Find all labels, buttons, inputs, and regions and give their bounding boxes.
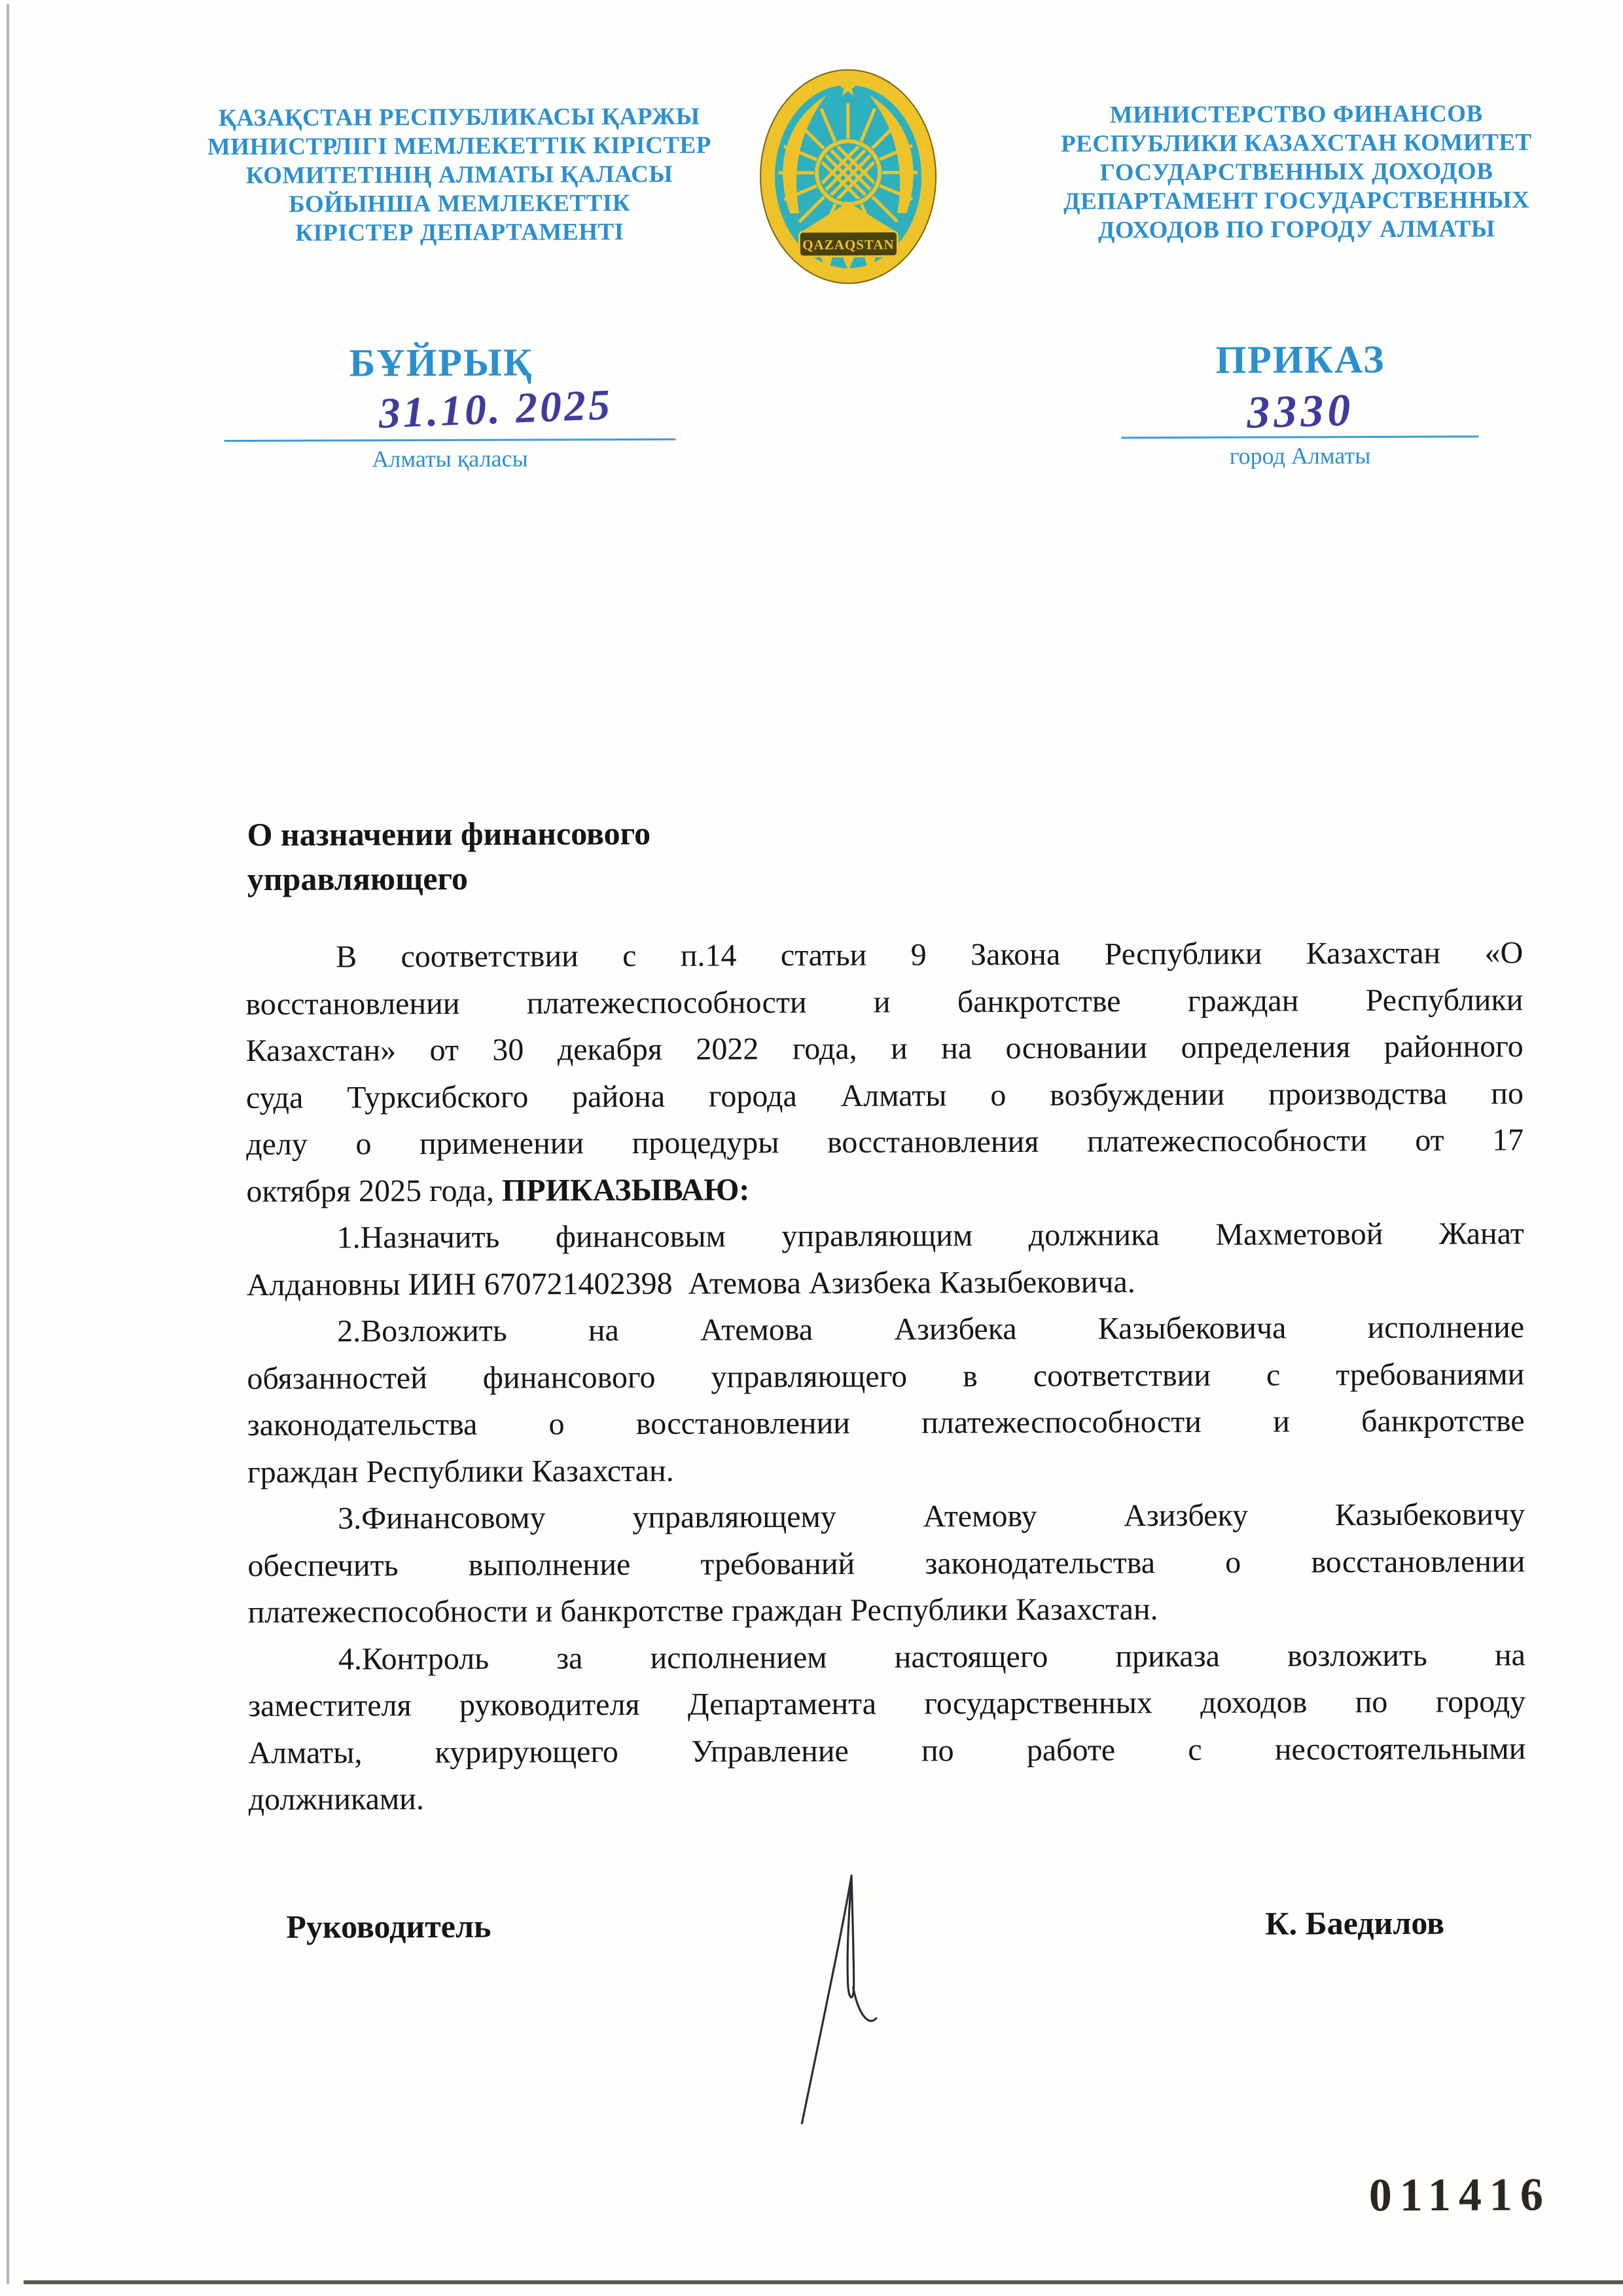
body-line: обязанностей финансового управляющего в … <box>247 1351 1524 1402</box>
body-text: 2.Возложить на Атемова Азизбека Казыбеко… <box>337 1310 1524 1348</box>
letterhead-kazakh: ҚАЗАҚСТАН РЕСПУБЛИКАСЫ ҚАРЖЫ МИНИСТРЛІГІ… <box>175 102 745 248</box>
body-line: 2.Возложить на Атемова Азизбека Казыбеко… <box>247 1304 1524 1355</box>
letterhead-ru-line: ГОСУДАРСТВЕННЫХ ДОХОДОВ <box>1030 157 1563 188</box>
order-subject: О назначении финансового управляющего <box>247 810 1032 901</box>
letterhead-russian: МИНИСТЕРСТВО ФИНАНСОВ РЕСПУБЛИКИ КАЗАХСТ… <box>1030 99 1563 245</box>
body-text: Алматы, курирующего Управление по работе… <box>248 1731 1525 1770</box>
body-line: 1.Назначить финансовым управляющим должн… <box>247 1210 1524 1261</box>
body-line: делу о применении процедуры восстановлен… <box>246 1117 1524 1168</box>
handwritten-date: 31.10. 2025 <box>298 377 692 442</box>
body-text: обеспечить выполнение требований законод… <box>247 1544 1525 1583</box>
body-text: 1.Назначить финансовым управляющим должн… <box>337 1216 1524 1255</box>
date-underline <box>224 439 675 442</box>
body-text: В соответствии с п.14 статьи 9 Закона Ре… <box>336 935 1523 974</box>
body-text: восстановлении платежеспособности и банк… <box>245 982 1523 1022</box>
order-title-kazakh: БҰЙРЫҚ <box>245 340 637 386</box>
body-text: Казахстан» от 30 декабря 2022 года, и на… <box>246 1029 1524 1068</box>
body-text: обязанностей финансового управляющего в … <box>247 1357 1524 1396</box>
body-text: платежеспособности и банкротстве граждан… <box>248 1592 1158 1630</box>
body-line: 3.Финансовому управляющему Атемову Азизб… <box>247 1491 1525 1542</box>
body-text-bold: ПРИКАЗЫВАЮ: <box>502 1172 750 1208</box>
body-line: Алматы, курирующего Управление по работе… <box>248 1725 1525 1776</box>
body-line: восстановлении платежеспособности и банк… <box>245 977 1523 1028</box>
body-line: заместителя руководителя Департамента го… <box>248 1678 1525 1729</box>
page-content: ҚАЗАҚСТАН РЕСПУБЛИКАСЫ ҚАРЖЫ МИНИСТРЛІГІ… <box>0 0 1623 2296</box>
body-text: Алдановны ИИН 670721402398 Атемова Азизб… <box>247 1265 1135 1302</box>
body-line: платежеспособности и банкротстве граждан… <box>248 1585 1525 1636</box>
letterhead-ru-line: ДОХОДОВ ПО ГОРОДУ АЛМАТЫ <box>1030 215 1563 245</box>
letterhead-kk-line: БОЙЫНША МЕМЛЕКЕТТІК <box>175 188 744 219</box>
stamp-number: 011416 <box>1369 2168 1551 2223</box>
emblem-banner-label: QAZAQSTAN <box>802 237 895 253</box>
body-line: Алдановны ИИН 670721402398 Атемова Азизб… <box>247 1257 1524 1308</box>
body-line: обеспечить выполнение требований законод… <box>247 1538 1525 1589</box>
place-label-russian: город Алматы <box>1121 441 1478 470</box>
number-underline <box>1121 435 1478 439</box>
subject-line: управляющего <box>247 854 1033 901</box>
letterhead-kk-line: КОМИТЕТІНІҢ АЛМАТЫ ҚАЛАСЫ <box>175 160 744 190</box>
body-text: 4.Контроль за исполнением настоящего при… <box>338 1638 1525 1676</box>
body-text: должниками. <box>249 1782 424 1817</box>
body-text: граждан Республики Казахстан. <box>247 1453 674 1489</box>
place-label-kazakh: Алматы қаласы <box>224 444 675 473</box>
body-text: заместителя руководителя Департамента го… <box>248 1684 1525 1723</box>
body-line: 4.Контроль за исполнением настоящего при… <box>248 1632 1525 1683</box>
scanned-order-page: ҚАЗАҚСТАН РЕСПУБЛИКАСЫ ҚАРЖЫ МИНИСТРЛІГІ… <box>0 0 1623 2296</box>
signer-name: К. Баедилов <box>1265 1904 1444 1943</box>
order-title-russian: ПРИКАЗ <box>1104 336 1497 383</box>
scan-left-edge <box>7 4 9 2284</box>
body-line: граждан Республики Казахстан. <box>247 1444 1525 1496</box>
order-body: В соответствии с п.14 статьи 9 Закона Ре… <box>245 929 1526 1823</box>
body-text: делу о применении процедуры восстановлен… <box>246 1122 1524 1162</box>
letterhead-kk-line: МИНИСТРЛІГІ МЕМЛЕКЕТТІК КІРІСТЕР <box>175 131 744 162</box>
body-line: октября 2025 года, ПРИКАЗЫВАЮ: <box>246 1164 1524 1215</box>
handwritten-order-number: 3330 <box>1103 381 1497 443</box>
body-text: октября 2025 года, <box>246 1173 502 1208</box>
scan-bottom-edge <box>24 2280 1623 2284</box>
body-line: В соответствии с п.14 статьи 9 Закона Ре… <box>245 929 1523 980</box>
handwritten-signature <box>785 1867 897 2129</box>
body-text: суда Турксибского района города Алматы о… <box>246 1076 1524 1115</box>
kazakhstan-emblem-icon: QAZAQSTAN <box>758 67 938 286</box>
signer-position-label: Руководитель <box>286 1907 491 1946</box>
letterhead-ru-line: ДЕПАРТАМЕНТ ГОСУДАРСТВЕННЫХ <box>1030 186 1563 217</box>
subject-line: О назначении финансового <box>247 810 1032 857</box>
body-line: должниками. <box>249 1772 1526 1823</box>
letterhead-ru-line: МИНИСТЕРСТВО ФИНАНСОВ <box>1030 99 1563 130</box>
body-text: законодательства о восстановлении платеж… <box>247 1403 1525 1443</box>
letterhead-kk-line: ҚАЗАҚСТАН РЕСПУБЛИКАСЫ ҚАРЖЫ <box>175 102 744 133</box>
letterhead-kk-line: КІРІСТЕР ДЕПАРТАМЕНТІ <box>175 217 744 248</box>
body-line: законодательства о восстановлении платеж… <box>247 1397 1525 1448</box>
body-line: суда Турксибского района города Алматы о… <box>246 1070 1524 1121</box>
letterhead-ru-line: РЕСПУБЛИКИ КАЗАХСТАН КОМИТЕТ <box>1030 128 1563 159</box>
body-text: 3.Финансовому управляющему Атемову Азизб… <box>338 1497 1525 1535</box>
body-line: Казахстан» от 30 декабря 2022 года, и на… <box>246 1023 1524 1074</box>
